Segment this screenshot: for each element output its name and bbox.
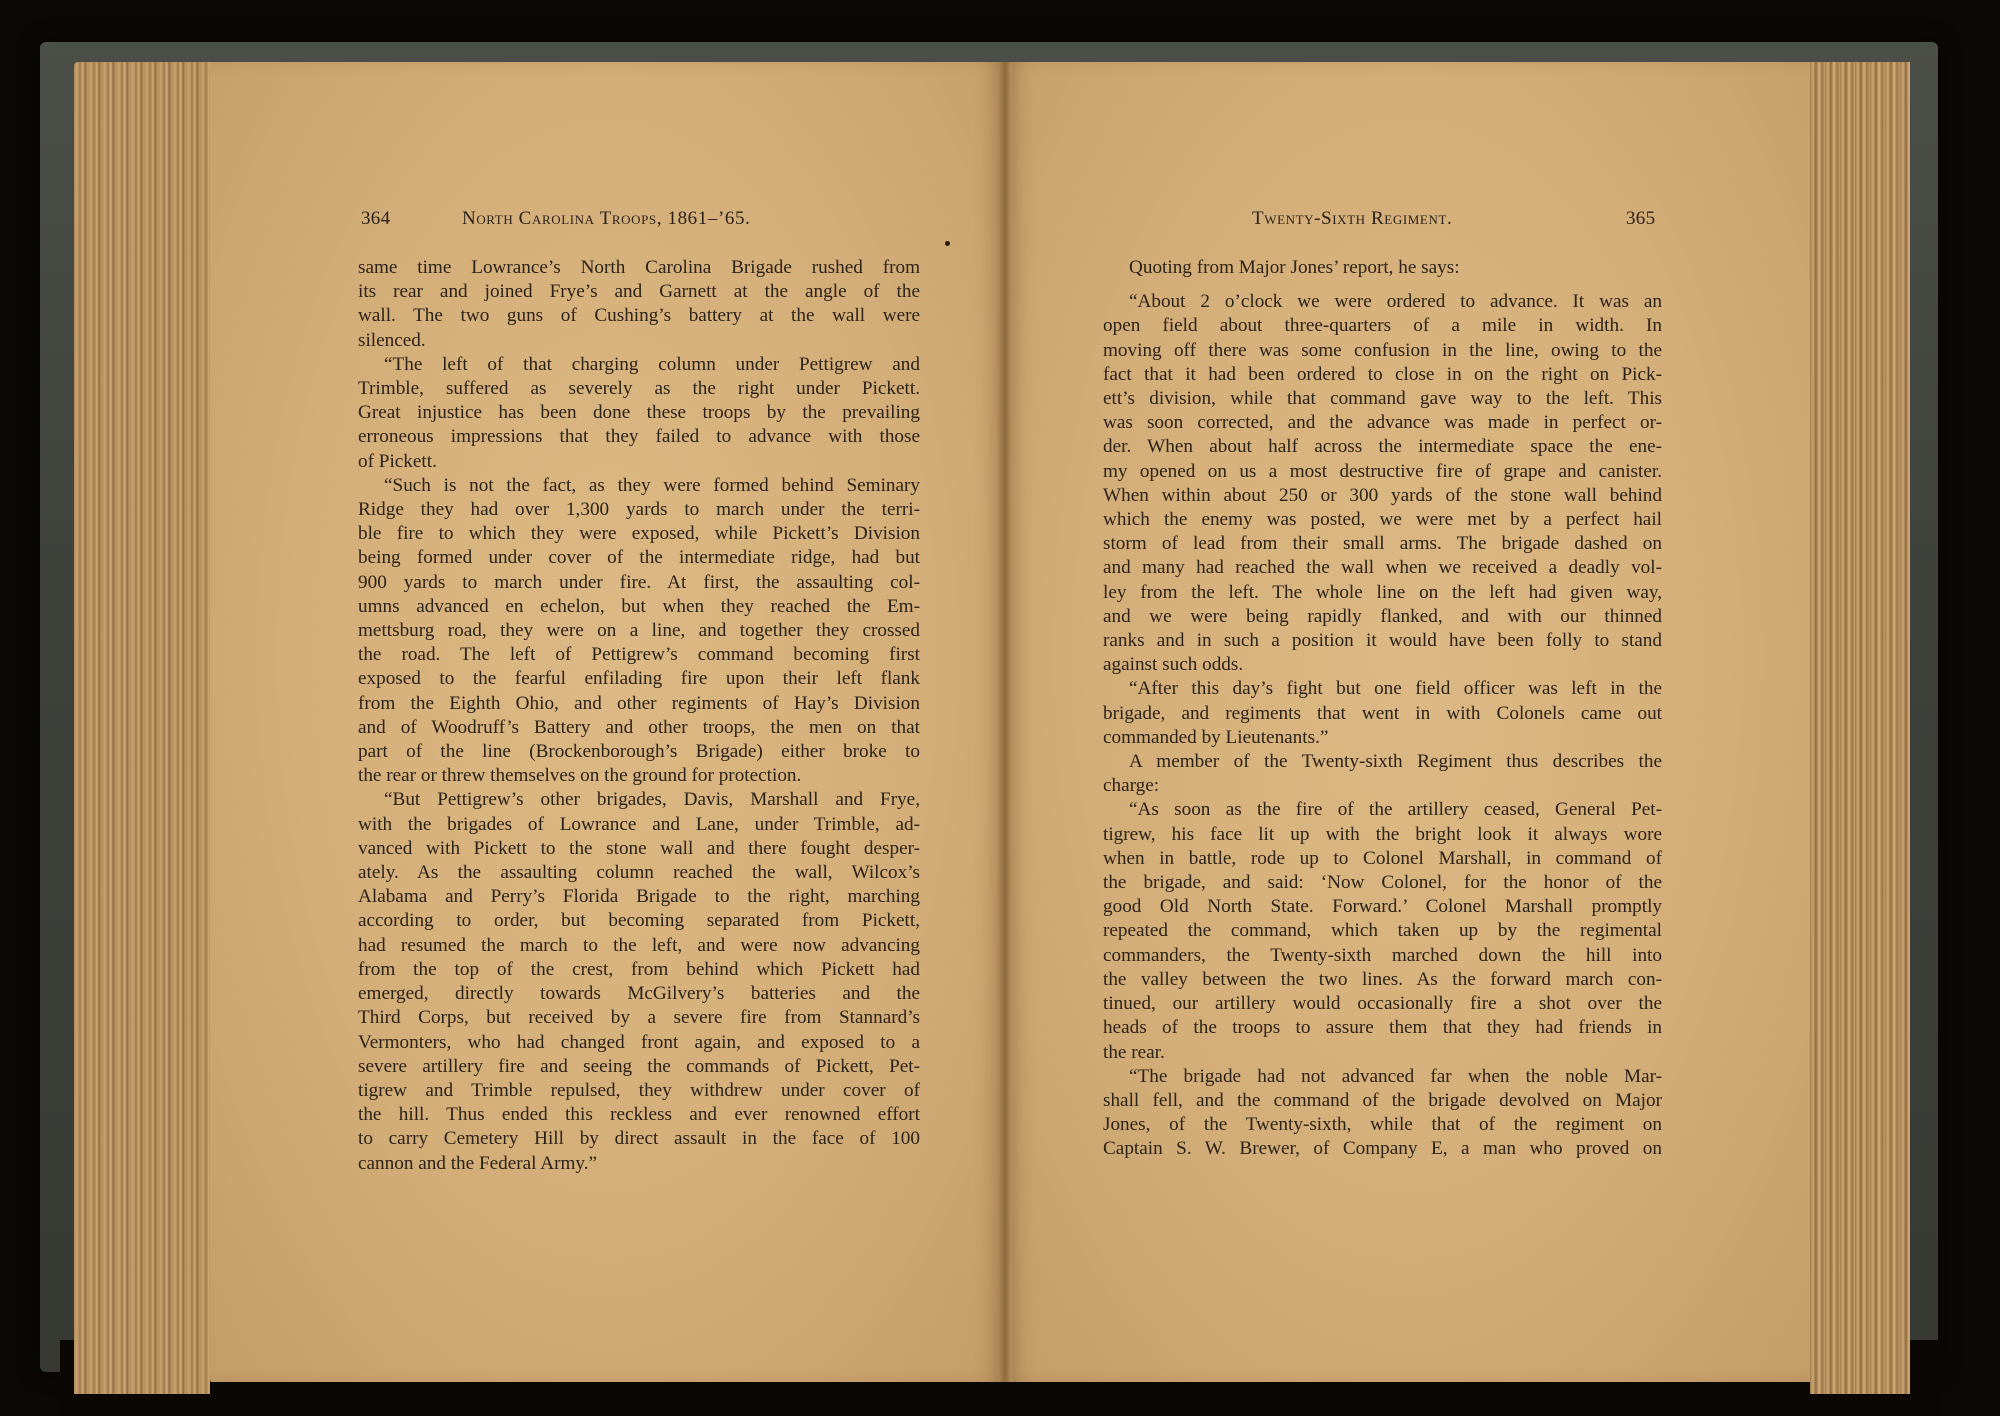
text-line: emerged, directly towards McGilvery’s ba… xyxy=(358,982,920,1006)
text-line: exposed to the fearful enfilading fire u… xyxy=(358,667,920,691)
text-line: to carry Cemetery Hill by direct assault… xyxy=(358,1127,920,1151)
text-line: Quoting from Major Jones’ report, he say… xyxy=(1103,256,1662,280)
text-line: the valley between the two lines. As the… xyxy=(1103,968,1662,992)
text-line: ley from the left. The whole line on the… xyxy=(1103,581,1662,605)
text-line: ett’s division, while that command gave … xyxy=(1103,387,1662,411)
text-line: repeated the command, which taken up by … xyxy=(1103,919,1662,943)
text-line: mettsburg road, they were on a line, and… xyxy=(358,619,920,643)
text-line: wall. The two guns of Cushing’s battery … xyxy=(358,304,920,328)
right-page-body: Quoting from Major Jones’ report, he say… xyxy=(1103,256,1662,1162)
text-line: commanded by Lieutenants.” xyxy=(1103,726,1662,750)
left-page-body: same time Lowrance’s North Carolina Brig… xyxy=(358,256,920,1176)
text-line: tigrew and Trimble repulsed, they withdr… xyxy=(358,1079,920,1103)
text-line: “Such is not the fact, as they were form… xyxy=(358,474,920,498)
text-line: was soon corrected, and the advance was … xyxy=(1103,411,1662,435)
text-line: “As soon as the fire of the artillery ce… xyxy=(1103,798,1662,822)
text-line: When within about 250 or 300 yards of th… xyxy=(1103,484,1662,508)
text-line: and we were being rapidly flanked, and w… xyxy=(1103,605,1662,629)
text-line: according to order, but becoming separat… xyxy=(358,909,920,933)
text-line: silenced. xyxy=(358,329,920,353)
text-line: and many had reached the wall when we re… xyxy=(1103,556,1662,580)
right-running-head-text: Twenty-Sixth Regiment. xyxy=(1252,208,1452,229)
text-line: with the brigades of Lowrance and Lane, … xyxy=(358,813,920,837)
text-line: Jones, of the Twenty-sixth, while that o… xyxy=(1103,1113,1662,1137)
text-line: from the Eighth Ohio, and other regiment… xyxy=(358,692,920,716)
text-line: “The brigade had not advanced far when t… xyxy=(1103,1065,1662,1089)
text-line: from the top of the crest, from behind w… xyxy=(358,958,920,982)
text-line: Vermonters, who had changed front again,… xyxy=(358,1031,920,1055)
text-line: severe artillery fire and seeing the com… xyxy=(358,1055,920,1079)
left-running-head-text: North Carolina Troops, 1861–’65. xyxy=(462,208,750,229)
text-line: ranks and in such a position it would ha… xyxy=(1103,629,1662,653)
text-line: and of Woodruff’s Battery and other troo… xyxy=(358,716,920,740)
text-line: A member of the Twenty-sixth Regiment th… xyxy=(1103,750,1662,774)
text-line: charge: xyxy=(1103,774,1662,798)
text-line: storm of lead from their small arms. The… xyxy=(1103,532,1662,556)
text-line: “But Pettigrew’s other brigades, Davis, … xyxy=(358,788,920,812)
text-line: my opened on us a most destructive fire … xyxy=(1103,460,1662,484)
text-line: Alabama and Perry’s Florida Brigade to t… xyxy=(358,885,920,909)
text-line: cannon and the Federal Army.” xyxy=(358,1152,920,1176)
text-line: Captain S. W. Brewer, of Company E, a ma… xyxy=(1103,1137,1662,1161)
paragraph-gap xyxy=(1103,280,1662,290)
right-page-edges xyxy=(1810,62,1910,1394)
text-line: same time Lowrance’s North Carolina Brig… xyxy=(358,256,920,280)
text-line: ble fire to which they were exposed, whi… xyxy=(358,522,920,546)
left-page-edges xyxy=(74,62,210,1394)
text-line: the rear. xyxy=(1103,1041,1662,1065)
text-line: good Old North State. Forward.’ Colonel … xyxy=(1103,895,1662,919)
text-line: of Pickett. xyxy=(358,450,920,474)
text-line: fact that it had been ordered to close i… xyxy=(1103,363,1662,387)
text-line: umns advanced en echelon, but when they … xyxy=(358,595,920,619)
text-line: being formed under cover of the intermed… xyxy=(358,546,920,570)
text-line: Third Corps, but received by a severe fi… xyxy=(358,1006,920,1030)
text-line: “The left of that charging column under … xyxy=(358,353,920,377)
text-line: Trimble, suffered as severely as the rig… xyxy=(358,377,920,401)
right-running-head: Twenty-Sixth Regiment. xyxy=(1252,208,1452,230)
left-running-head: North Carolina Troops, 1861–’65. xyxy=(462,208,750,230)
text-line: tigrew, his face lit up with the bright … xyxy=(1103,823,1662,847)
text-line: ately. As the assaulting column reached … xyxy=(358,861,920,885)
text-line: had resumed the march to the left, and w… xyxy=(358,934,920,958)
text-line: the brigade, and said: ‘Now Colonel, for… xyxy=(1103,871,1662,895)
text-line: 900 yards to march under fire. At first,… xyxy=(358,571,920,595)
text-line: which the enemy was posted, we were met … xyxy=(1103,508,1662,532)
text-line: moving off there was some confusion in t… xyxy=(1103,339,1662,363)
text-line: shall fell, and the command of the briga… xyxy=(1103,1089,1662,1113)
right-page-number: 365 xyxy=(1626,208,1655,230)
ink-speck xyxy=(945,241,950,246)
text-line: the road. The left of Pettigrew’s comman… xyxy=(358,643,920,667)
text-line: heads of the troops to assure them that … xyxy=(1103,1016,1662,1040)
left-page-number: 364 xyxy=(361,208,390,230)
text-line: the hill. Thus ended this reckless and e… xyxy=(358,1103,920,1127)
text-line: tinued, our artillery would occasionally… xyxy=(1103,992,1662,1016)
text-line: open field about three-quarters of a mil… xyxy=(1103,314,1662,338)
text-line: “After this day’s fight but one field of… xyxy=(1103,677,1662,701)
text-line: when in battle, rode up to Colonel Marsh… xyxy=(1103,847,1662,871)
text-line: erroneous impressions that they failed t… xyxy=(358,425,920,449)
text-line: against such odds. xyxy=(1103,653,1662,677)
text-line: Ridge they had over 1,300 yards to march… xyxy=(358,498,920,522)
text-line: commanders, the Twenty-sixth marched dow… xyxy=(1103,944,1662,968)
text-line: part of the line (Brockenborough’s Briga… xyxy=(358,740,920,764)
text-line: der. When about half across the intermed… xyxy=(1103,435,1662,459)
book-gutter xyxy=(998,62,1012,1382)
text-line: the rear or threw themselves on the grou… xyxy=(358,764,920,788)
text-line: Great injustice has been done these troo… xyxy=(358,401,920,425)
text-line: vanced with Pickett to the stone wall an… xyxy=(358,837,920,861)
text-line: “About 2 o’clock we were ordered to adva… xyxy=(1103,290,1662,314)
text-line: brigade, and regiments that went in with… xyxy=(1103,702,1662,726)
text-line: its rear and joined Frye’s and Garnett a… xyxy=(358,280,920,304)
